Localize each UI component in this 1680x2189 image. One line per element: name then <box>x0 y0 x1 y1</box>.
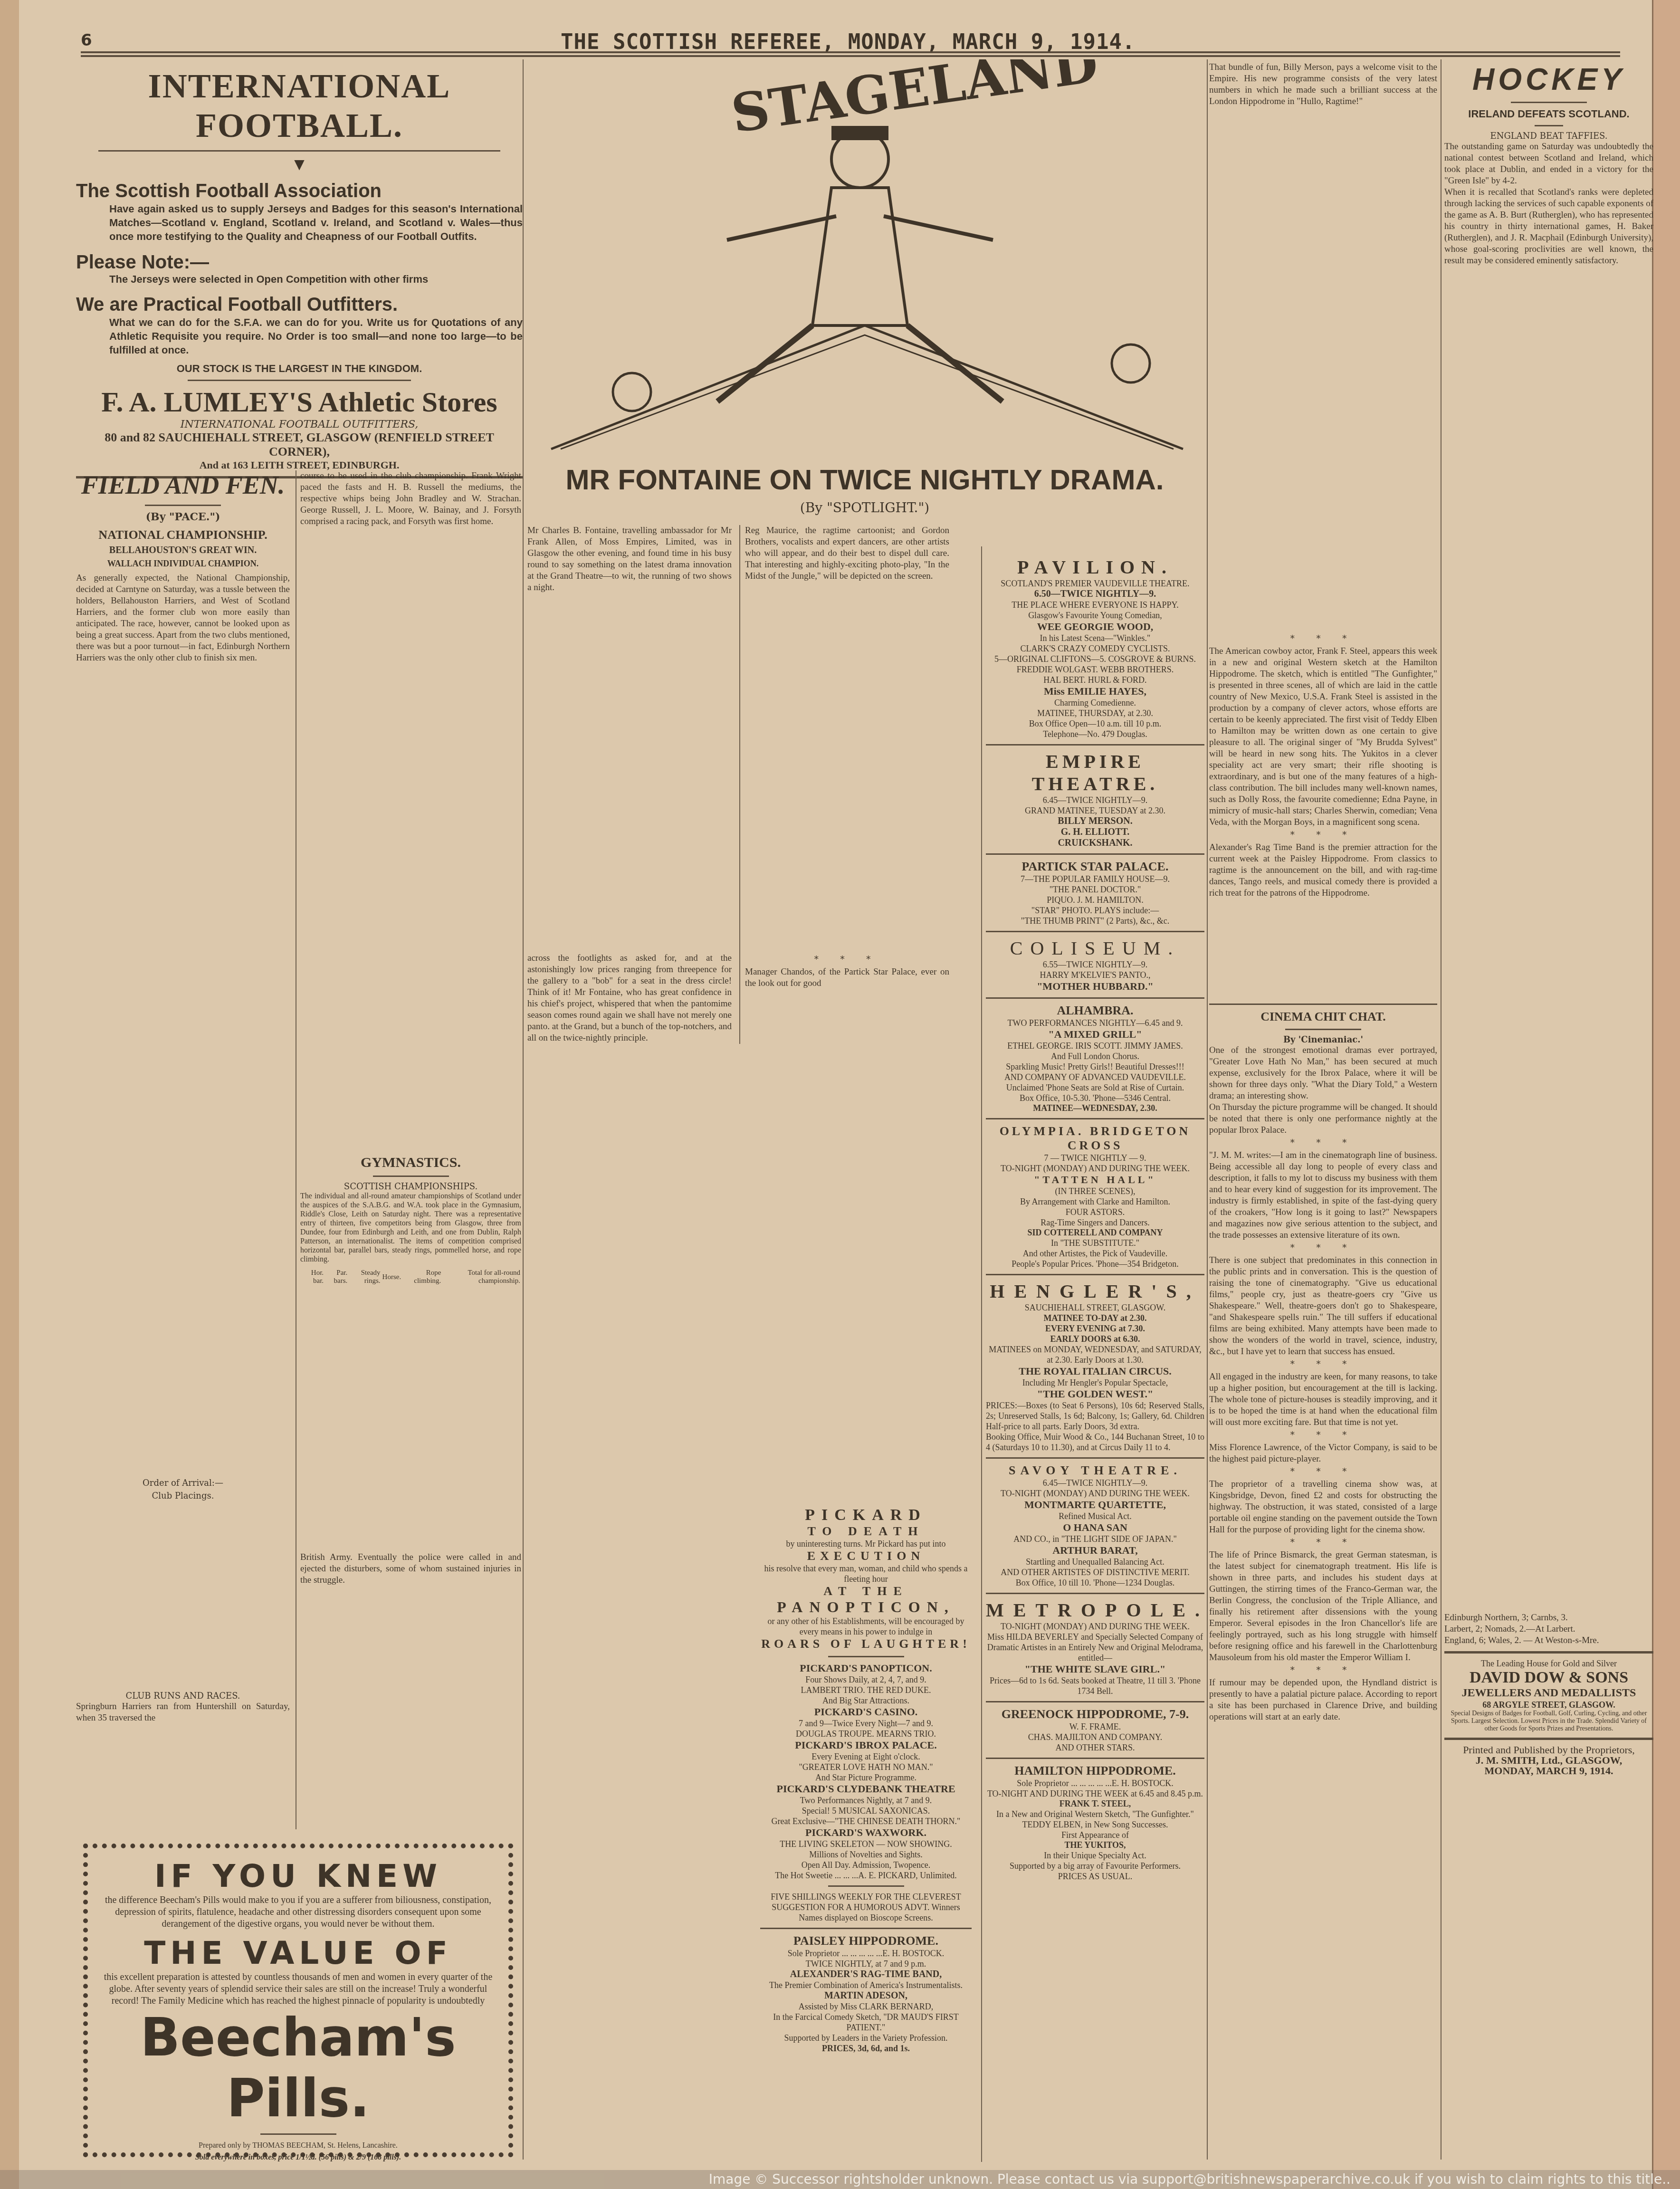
article-body: As generally expected, the National Cham… <box>76 573 290 1475</box>
divider <box>1511 102 1587 103</box>
beecham-advert: IF YOU KNEW the difference Beecham's Pil… <box>83 1844 513 2157</box>
divider <box>1285 1029 1361 1030</box>
column-rule <box>1441 59 1441 2160</box>
separator-stars: * * * <box>745 955 949 965</box>
article-body: All engaged in the industry are keen, fo… <box>1209 1371 1437 1428</box>
pickard-venue: PICKARD'S IBROX PALACE. Every Evening at… <box>760 1739 972 1783</box>
separator-stars: * * * <box>1209 1467 1437 1477</box>
article-headline: MR FONTAINE ON TWICE NIGHTLY DRAMA. <box>527 463 1202 496</box>
newspaper-title: THE SCOTTISH REFEREE, MONDAY, MARCH 9, 1… <box>561 30 1136 54</box>
club-runs-body: Springburn Harriers ran from Huntershill… <box>76 1701 290 1724</box>
divider <box>986 1701 1204 1702</box>
article-body: The American cowboy actor, Frank F. Stee… <box>1209 646 1437 828</box>
page-right-edge <box>1652 0 1680 2189</box>
byline: (By "PACE.") <box>76 511 290 523</box>
ad-headline: THE VALUE OF <box>102 1935 494 1971</box>
divider <box>1444 1738 1653 1740</box>
article-body: Alexander's Rag Time Band is the premier… <box>1209 842 1437 899</box>
divider <box>986 931 1204 932</box>
divider <box>828 1885 904 1887</box>
ornament-icon: ▼ <box>76 156 523 172</box>
separator-stars: * * * <box>1209 1359 1437 1369</box>
store-address: 80 and 82 SAUCHIEHALL STREET, GLASGOW (R… <box>76 430 523 459</box>
brand-name: Beecham's Pills. <box>102 2007 494 2129</box>
theatre-advert-partick: PARTICK STAR PALACE. 7—THE POPULAR FAMIL… <box>986 860 1204 926</box>
article-column: Reg Maurice, the ragtime cartoonist; and… <box>739 525 949 1044</box>
printer-imprint: Printed and Published by the Proprietors… <box>1444 1745 1653 1776</box>
divider <box>1535 125 1563 126</box>
pickard-venue: PICKARD'S WAXWORK. THE LIVING SKELETON —… <box>760 1826 972 1870</box>
column-rule <box>1207 59 1208 2160</box>
club-placings-heading: Club Placings. <box>76 1491 290 1501</box>
article-body: Miss Florence Lawrence, of the Victor Co… <box>1209 1442 1437 1465</box>
separator-stars: * * * <box>1209 830 1437 840</box>
ad-line: PANOPTICON, <box>760 1598 972 1616</box>
ad-line: by uninteresting turns. Mr Pickard has p… <box>760 1539 972 1549</box>
divider <box>986 853 1204 855</box>
pickard-venue: PICKARD'S CLYDEBANK THEATRE Two Performa… <box>760 1783 972 1826</box>
article-body: The outstanding game on Saturday was und… <box>1444 141 1653 187</box>
theatre-advert-coliseum: COLISEUM. 6.55—TWICE NIGHTLY—9. HARRY M'… <box>986 937 1204 993</box>
ad-line: his resolve that every man, woman, and c… <box>760 1563 972 1584</box>
divider <box>188 380 411 381</box>
pickard-venue: PICKARD'S CASINO. 7 and 9—Twice Every Ni… <box>760 1706 972 1739</box>
ad-headline: INTERNATIONAL FOOTBALL. <box>76 67 523 145</box>
column-title: FIELD AND FEN. <box>76 470 290 500</box>
divider <box>986 744 1204 746</box>
masthead-rule <box>81 51 1620 57</box>
subheading: NATIONAL CHAMPIONSHIP. <box>76 528 290 542</box>
article-body: Reg Maurice, the ragtime cartoonist; and… <box>745 525 949 953</box>
pickard-signature: The Hot Sweetie ... ... ...A. E. PICKARD… <box>760 1870 972 1881</box>
article-body: "J. M. M. writes:—I am in the cinematogr… <box>1209 1150 1437 1241</box>
theatre-advert-henglers: HENGLER'S, SAUCHIEHALL STREET, GLASGOW. … <box>986 1280 1204 1453</box>
paisley-hippodrome-advert: PAISLEY HIPPODROME. Sole Proprietor ... … <box>760 1934 972 2054</box>
note-heading: Please Note:— <box>76 252 523 273</box>
article-body: There is one subject that predominates i… <box>1209 1255 1437 1357</box>
hockey-column: HOCKEY IRELAND DEFEATS SCOTLAND. ENGLAND… <box>1444 62 1653 1776</box>
ad-title: PICKARD <box>760 1506 972 1524</box>
divider <box>260 2133 336 2135</box>
stageland-cartoon: STAGELAND <box>527 59 1202 463</box>
ad-line: TO DEATH <box>760 1524 972 1539</box>
sfa-heading: The Scottish Football Association <box>76 181 523 202</box>
article-body: The proprietor of a travelling cinema sh… <box>1209 1479 1437 1536</box>
column-rule <box>523 59 524 2160</box>
article-body: If rumour may be depended upon, the Hynd… <box>1209 1677 1437 1723</box>
theatre-adverts-column: PAVILION. SCOTLAND'S PREMIER VAUDEVILLE … <box>986 556 1204 1882</box>
theatre-advert-olympia: OLYMPIA. BRIDGETON CROSS 7 — TWICE NIGHT… <box>986 1124 1204 1269</box>
divider <box>828 1656 904 1657</box>
archive-watermark: Image © Successor rightsholder unknown. … <box>0 2170 1680 2189</box>
theatre-advert-metropole: METROPOLE. TO-NIGHT (MONDAY) AND DURING … <box>986 1599 1204 1696</box>
ad-line: ROARS OF LAUGHTER! <box>760 1637 972 1651</box>
ad-price: Sold everywhere in boxes, price 1/1½d. (… <box>102 2151 494 2163</box>
ad-headline: IF YOU KNEW <box>102 1858 494 1894</box>
separator-stars: * * * <box>1209 1665 1437 1675</box>
result-line: England, 6; Wales, 2. — At Weston-s-Mre. <box>1444 1635 1653 1646</box>
article-body: The life of Prince Bismarck, the great G… <box>1209 1549 1437 1663</box>
divider <box>1209 1004 1437 1005</box>
separator-stars: * * * <box>1209 634 1437 644</box>
gymnastics-subheading: SCOTTISH CHAMPIONSHIPS. <box>300 1182 521 1192</box>
cartoon-illustration-icon: STAGELAND <box>527 59 1202 463</box>
club-runs-heading: CLUB RUNS AND RACES. <box>76 1691 290 1701</box>
separator-stars: * * * <box>1209 1243 1437 1253</box>
scores-table: Hor. bar. Par. bars. Steady rings. Horse… <box>300 1269 521 1286</box>
store-subtitle: INTERNATIONAL FOOTBALL OUTFITTERS, <box>76 419 523 430</box>
cinema-byline: By 'Cinemaniac.' <box>1209 1035 1437 1045</box>
article-body: When it is recalled that Scotland's rank… <box>1444 187 1653 1612</box>
article-body: across the footlights as asked for, and … <box>527 953 732 1044</box>
theatre-advert-hamilton: HAMILTON HIPPODROME. Sole Proprietor ...… <box>986 1764 1204 1882</box>
ad-line: AT THE <box>760 1584 972 1598</box>
hockey-subheadline: ENGLAND BEAT TAFFIES. <box>1444 131 1653 141</box>
order-of-arrival-heading: Order of Arrival:— <box>76 1478 290 1488</box>
divider <box>760 1928 972 1929</box>
theatre-advert-savoy: SAVOY THEATRE. 6.45—TWICE NIGHTLY—9. TO-… <box>986 1463 1204 1588</box>
table-header-row: Hor. bar. Par. bars. Steady rings. Horse… <box>300 1269 521 1286</box>
article-byline: (By "SPOTLIGHT.") <box>527 500 1202 516</box>
article-body: That bundle of fun, Billy Merson, pays a… <box>1209 62 1437 632</box>
ad-line: or any other of his Establishments, will… <box>760 1616 972 1637</box>
divider <box>986 997 1204 999</box>
theatre-advert-greenock: GREENOCK HIPPODROME, 7-9. W. F. FRAME. C… <box>986 1707 1204 1753</box>
article-body: One of the strongest emotional dramas ev… <box>1209 1045 1437 1102</box>
outfitters-body: What we can do for the S.F.A. we can do … <box>109 315 523 357</box>
divider <box>986 1457 1204 1459</box>
page-left-edge <box>0 0 19 2189</box>
article-body: On Thursday the picture programme will b… <box>1209 1102 1437 1136</box>
pickard-advert: PICKARD TO DEATH by uninteresting turns.… <box>760 1506 972 2054</box>
athletics-continued: course to be used in the club championsh… <box>300 470 521 1586</box>
subheading: BELLAHOUSTON'S GREAT WIN. <box>76 545 290 556</box>
article-body: Mr Charles B. Fontaine, travelling ambas… <box>527 525 732 953</box>
ad-line: EXECUTION <box>760 1549 972 1563</box>
column-rule <box>981 546 982 2162</box>
page-number: 6 <box>81 31 92 50</box>
article-body: course to be used in the club championsh… <box>300 470 521 1136</box>
divider <box>145 505 221 506</box>
separator-stars: * * * <box>1209 1430 1437 1440</box>
sfa-body: Have again asked us to supply Jerseys an… <box>109 202 523 243</box>
divider <box>373 1176 449 1177</box>
separator-stars: * * * <box>1209 1138 1437 1148</box>
david-dow-advert: The Leading House for Gold and Silver DA… <box>1444 1658 1653 1733</box>
article-body-end: British Army. Eventually the police were… <box>300 1552 521 1586</box>
article-body: Manager Chandos, of the Partick Star Pal… <box>745 966 949 989</box>
note-body: The Jerseys were selected in Open Compet… <box>109 273 523 286</box>
divider <box>986 1274 1204 1275</box>
gymnastics-body: The individual and all-round amateur cha… <box>300 1192 521 1264</box>
column-rule <box>296 470 296 1829</box>
store-address-edinburgh: And at 163 LEITH STREET, EDINBURGH. <box>76 459 523 471</box>
theatre-notes-column: That bundle of fun, Billy Merson, pays a… <box>1209 62 1437 1723</box>
article-column: Mr Charles B. Fontaine, travelling ambas… <box>527 525 732 1044</box>
theatre-advert-alhambra: ALHAMBRA. TWO PERFORMANCES NIGHTLY—6.45 … <box>986 1004 1204 1113</box>
divider <box>986 1118 1204 1119</box>
lumley-advert: INTERNATIONAL FOOTBALL. ▼ The Scottish F… <box>76 67 523 483</box>
subheading: WALLACH INDIVIDUAL CHAMPION. <box>76 559 290 569</box>
hockey-headline: IRELAND DEFEATS SCOTLAND. <box>1444 108 1653 120</box>
ad-body: the difference Beecham's Pills would mak… <box>102 1894 494 1930</box>
pickard-venue: PICKARD'S PANOPTICON. Four Shows Daily, … <box>760 1662 972 1706</box>
cinema-title: CINEMA CHIT CHAT. <box>1209 1010 1437 1024</box>
outfitters-heading: We are Practical Football Outfitters. <box>76 294 523 315</box>
svg-text:STAGELAND: STAGELAND <box>727 59 1101 144</box>
separator-stars: * * * <box>1209 1538 1437 1548</box>
field-and-fen-column: FIELD AND FEN. (By "PACE.") NATIONAL CHA… <box>76 470 290 1724</box>
ad-footer: Prepared only by THOMAS BEECHAM, St. Hel… <box>102 2140 494 2151</box>
stock-line: OUR STOCK IS THE LARGEST IN THE KINGDOM. <box>76 363 523 375</box>
hockey-title: HOCKEY <box>1444 62 1653 97</box>
result-line: Larbert, 2; Nomads, 2.—At Larbert. <box>1444 1624 1653 1635</box>
divider <box>986 1593 1204 1594</box>
result-line: Edinburgh Northern, 3; Carnbs, 3. <box>1444 1612 1653 1624</box>
divider <box>986 1758 1204 1759</box>
divider <box>1444 1651 1653 1654</box>
theatre-advert-pavilion: PAVILION. SCOTLAND'S PREMIER VAUDEVILLE … <box>986 556 1204 739</box>
divider <box>98 150 500 152</box>
gymnastics-title: GYMNASTICS. <box>300 1155 521 1171</box>
store-name: F. A. LUMLEY'S Athletic Stores <box>76 386 523 419</box>
pickard-contest: FIVE SHILLINGS WEEKLY FOR THE CLEVEREST … <box>760 1892 972 1923</box>
theatre-advert-empire: EMPIRE THEATRE. 6.45—TWICE NIGHTLY—9. GR… <box>986 750 1204 849</box>
ad-body: this excellent preparation is attested b… <box>102 1971 494 2007</box>
